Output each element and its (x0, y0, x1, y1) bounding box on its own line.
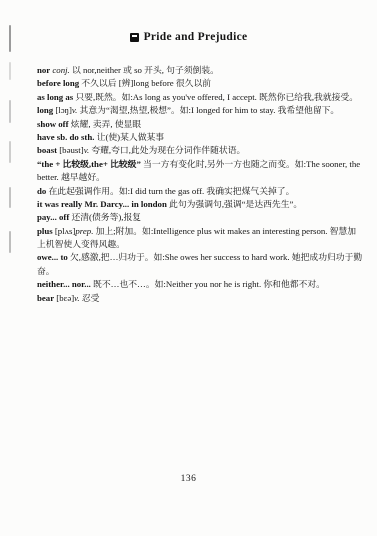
entry-segment: better. 越早越好。 (37, 172, 105, 182)
entry-segment: owe... to (37, 252, 68, 262)
scan-artifact (9, 62, 11, 80)
entry-line: plus [plʌs]prep. 加上;附加。如:Intelligence pl… (37, 225, 351, 238)
entry-segment: prep. (75, 226, 93, 236)
scanned-book-page: Pride and Prejudice nor conj. 以 nor,neit… (0, 0, 377, 536)
entry-segment: plus (37, 226, 53, 236)
entry-segment: 夸耀,夸口,此处为现在分词作伴随状语。 (89, 145, 245, 155)
entry-line: show off 炫耀, 卖弄, 使显眼 (37, 118, 351, 131)
entry-line: 上机智使人变得风趣。 (37, 238, 351, 251)
entry-line: do 在此起强调作用。如:I did turn the gas off. 我确实… (37, 185, 351, 198)
entry-line: 奋。 (37, 265, 351, 278)
entry-segment: long (37, 105, 53, 115)
page-header: Pride and Prejudice (0, 31, 377, 45)
entry-segment: [plʌs] (53, 226, 76, 236)
entry-list: nor conj. 以 nor,neither 或 so 开头, 句子须倒装。b… (37, 64, 351, 305)
scan-artifact (9, 187, 11, 208)
entry-line: have sb. do sth. 让(使)某人做某事 (37, 131, 351, 144)
entry-segment: 此句为强调句,强调“是达西先生”。 (167, 199, 302, 209)
entry-segment: it was really Mr. Darcy... in london (37, 199, 167, 209)
entry-segment: 上机智使人变得风趣。 (37, 239, 125, 249)
entry-segment: 在此起强调作用。如:I did turn the gas off. 我确实把煤气… (46, 186, 294, 196)
entry-line: neither... nor... 既不…也不…。如:Neither you n… (37, 278, 351, 291)
chapter-title: Pride and Prejudice (144, 31, 248, 43)
entry-line: as long as 只要,既然。如:As long as you've off… (37, 91, 351, 104)
entry-segment: 让(使)某人做某事 (94, 132, 164, 142)
entry-segment: [bəust] (57, 145, 84, 155)
entry-segment: have sb. do sth. (37, 132, 94, 142)
entry-line: nor conj. 以 nor,neither 或 so 开头, 句子须倒装。 (37, 64, 351, 77)
entry-line: better. 越早越好。 (37, 171, 351, 184)
entry-line: pay... off 还清(债务等),报复 (37, 211, 351, 224)
entry-segment: before long (37, 78, 79, 88)
scan-artifact (9, 100, 11, 123)
entry-segment: pay... off (37, 212, 69, 222)
entry-line: long [lɔŋ]v. 其意为“渴望,热望,极想”。如:I longed fo… (37, 104, 351, 117)
entry-segment: neither... nor... (37, 279, 91, 289)
entry-segment: “the + 比较级,the+ 比较级” (37, 159, 141, 169)
entry-segment: show off (37, 119, 69, 129)
entry-segment: [bɛə] (54, 293, 74, 303)
entry-segment: do (37, 186, 46, 196)
book-icon (130, 33, 139, 42)
entry-line: owe... to 欠,感激,把…归功于。如:She owes her succ… (37, 251, 351, 264)
entry-segment: 其意为“渴望,热望,极想”。如:I longed for him to stay… (77, 105, 339, 115)
entry-segment: 只要,既然。如:As long as you've offered, I acc… (73, 92, 358, 102)
entry-segment: 还清(债务等),报复 (69, 212, 141, 222)
entry-segment: 既不…也不…。如:Neither you nor he is right. 你和… (91, 279, 325, 289)
entry-segment: [lɔŋ] (53, 105, 72, 115)
page-number: 136 (0, 474, 377, 484)
entry-segment: bear (37, 293, 54, 303)
entry-segment: conj. (50, 65, 70, 75)
entry-line: boast [bəust]v. 夸耀,夸口,此处为现在分词作伴随状语。 (37, 144, 351, 157)
entry-segment: 欠,感激,把…归功于。如:She owes her success to har… (68, 252, 362, 262)
scan-artifact (9, 141, 11, 163)
scan-artifact (9, 231, 11, 253)
entry-segment: 奋。 (37, 266, 55, 276)
entry-segment: boast (37, 145, 57, 155)
entry-segment: nor (37, 65, 50, 75)
entry-line: before long 不久以后 [辨]long before 很久以前 (37, 77, 351, 90)
entry-line: bear [bɛə]v. 忍受 (37, 292, 351, 305)
entry-segment: 当一方有变化时,另外一方也随之而变。如:The sooner, the (141, 159, 360, 169)
entry-segment: 以 nor,neither 或 so 开头, 句子须倒装。 (70, 65, 219, 75)
entry-segment: as long as (37, 92, 73, 102)
entry-segment: 加上;附加。如:Intelligence plus wit makes an i… (93, 226, 356, 236)
entry-segment: 炫耀, 卖弄, 使显眼 (69, 119, 142, 129)
entry-segment: 不久以后 [辨]long before 很久以前 (79, 78, 211, 88)
entry-line: “the + 比较级,the+ 比较级” 当一方有变化时,另外一方也随之而变。如… (37, 158, 351, 171)
entry-line: it was really Mr. Darcy... in london 此句为… (37, 198, 351, 211)
entry-segment: 忍受 (80, 293, 100, 303)
